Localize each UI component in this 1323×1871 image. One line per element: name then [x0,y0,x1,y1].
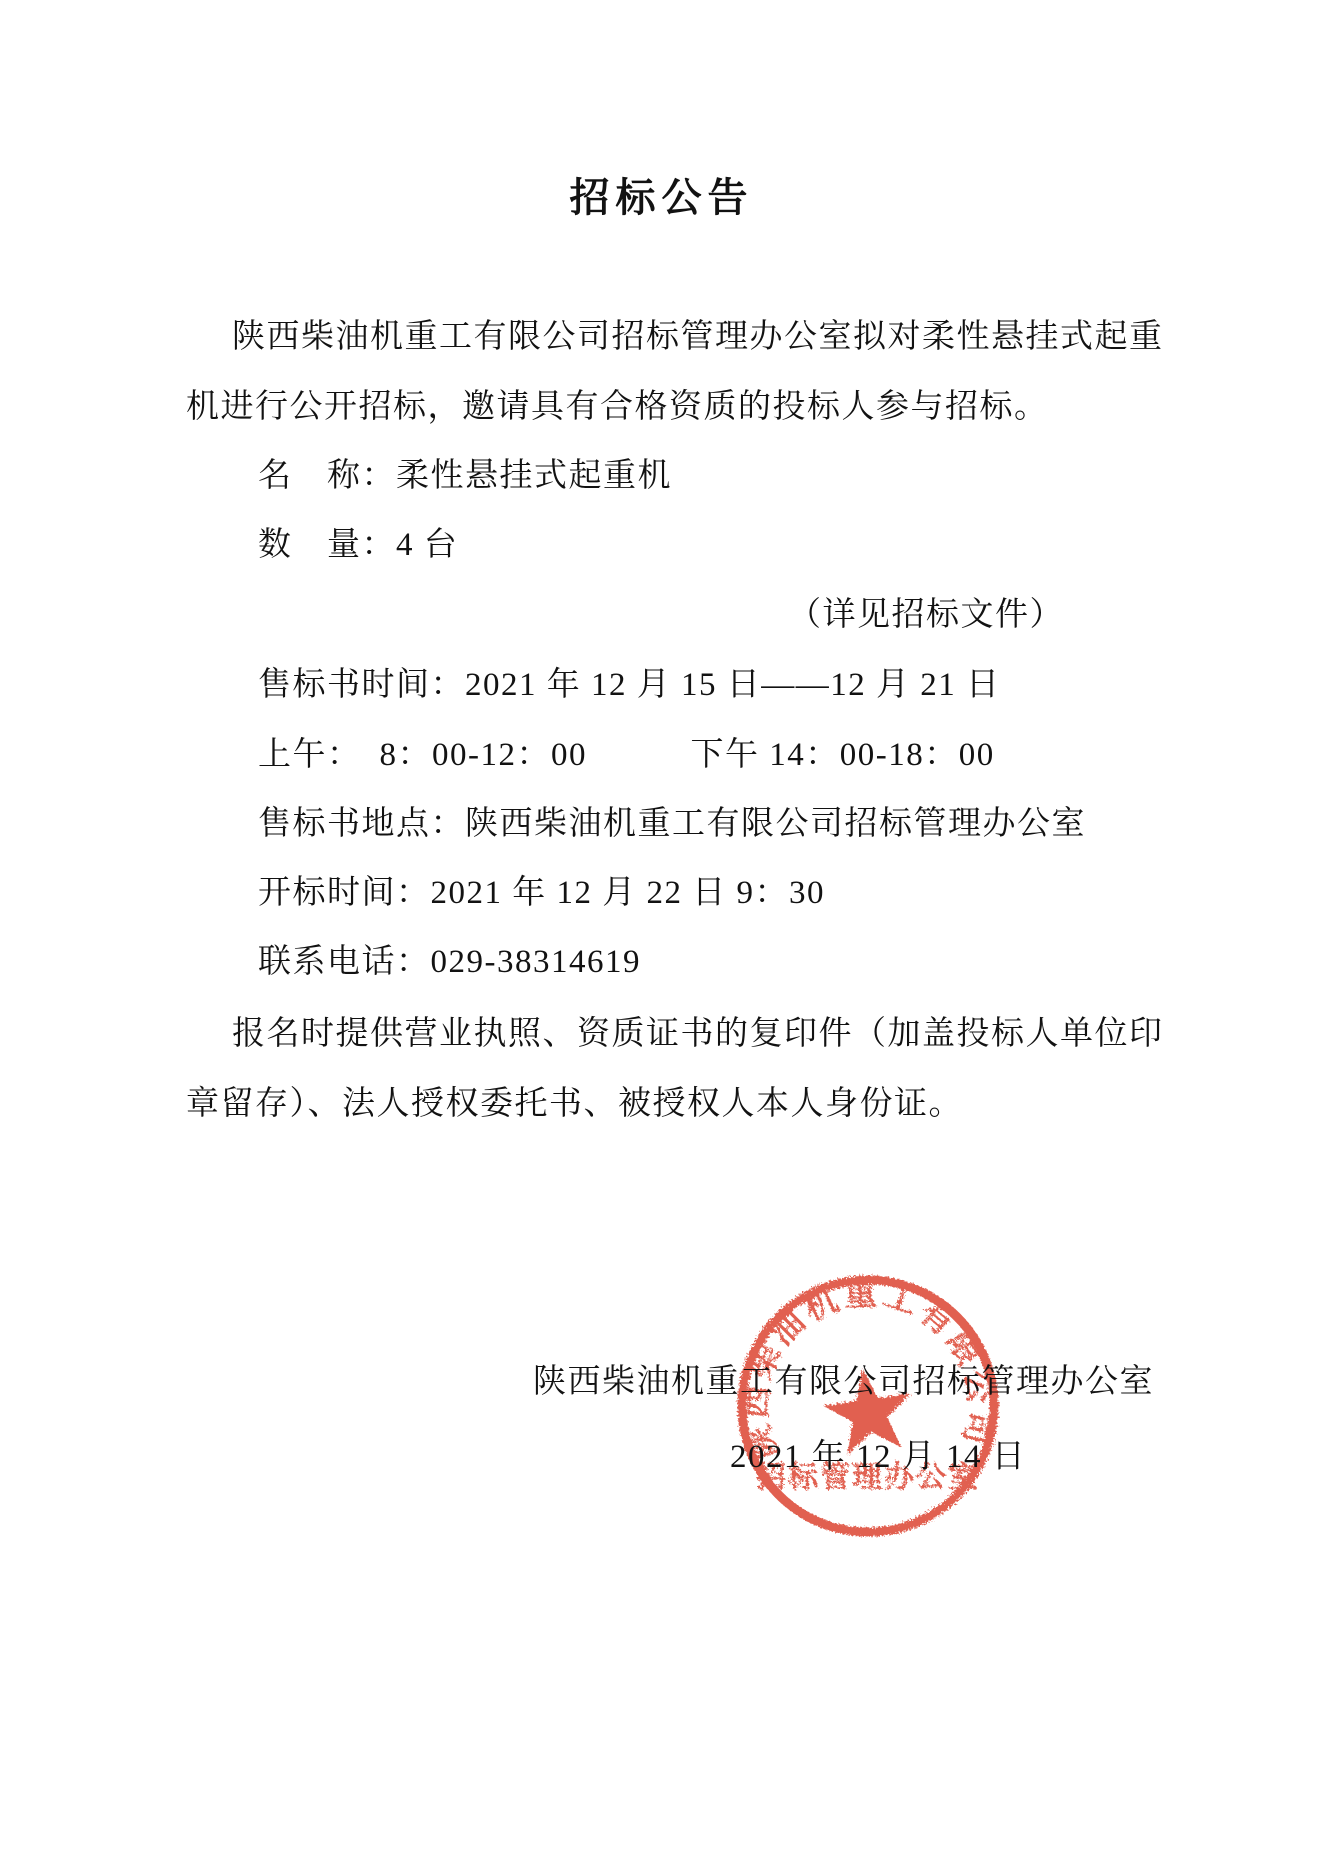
doc-line-hours: 上午： 8：00-12：00 下午 14：00-18：00 [258,728,995,775]
doc-line-see-tender-docs: （详见招标文件） [788,588,1064,635]
doc-line-sale-location: 售标书地点：陕西柴油机重工有限公司招标管理办公室 [258,797,1086,844]
doc-line-item-name: 名 称：柔性悬挂式起重机 [258,449,672,496]
document-title: 招标公告 [0,166,1323,223]
doc-line: 陕西柴油机重工有限公司招标管理办公室拟对柔性悬挂式起重 [232,310,1164,357]
signature-date: 2021 年 12 月 14 日 [730,1430,1026,1477]
official-seal: 陕西柴油机重工有限公司 招标管理办公室 [722,1260,1014,1552]
doc-line-quantity: 数 量：4 台 [258,518,458,565]
doc-line: 机进行公开招标，邀请具有合格资质的投标人参与招标。 [186,380,1049,427]
doc-line-sale-period: 售标书时间：2021 年 12 月 15 日——12 月 21 日 [258,658,1001,705]
doc-line: 报名时提供营业执照、资质证书的复印件（加盖投标人单位印 [232,1007,1164,1054]
document-page: 招标公告 陕西柴油机重工有限公司招标管理办公室拟对柔性悬挂式起重 机进行公开招标… [0,0,1323,1871]
doc-line: 章留存）、法人授权委托书、被授权人本人身份证。 [186,1077,963,1124]
signature-org: 陕西柴油机重工有限公司招标管理办公室 [533,1355,1154,1402]
doc-line-opening-time: 开标时间：2021 年 12 月 22 日 9：30 [258,866,825,913]
doc-line-contact-phone: 联系电话：029-38314619 [258,935,641,982]
